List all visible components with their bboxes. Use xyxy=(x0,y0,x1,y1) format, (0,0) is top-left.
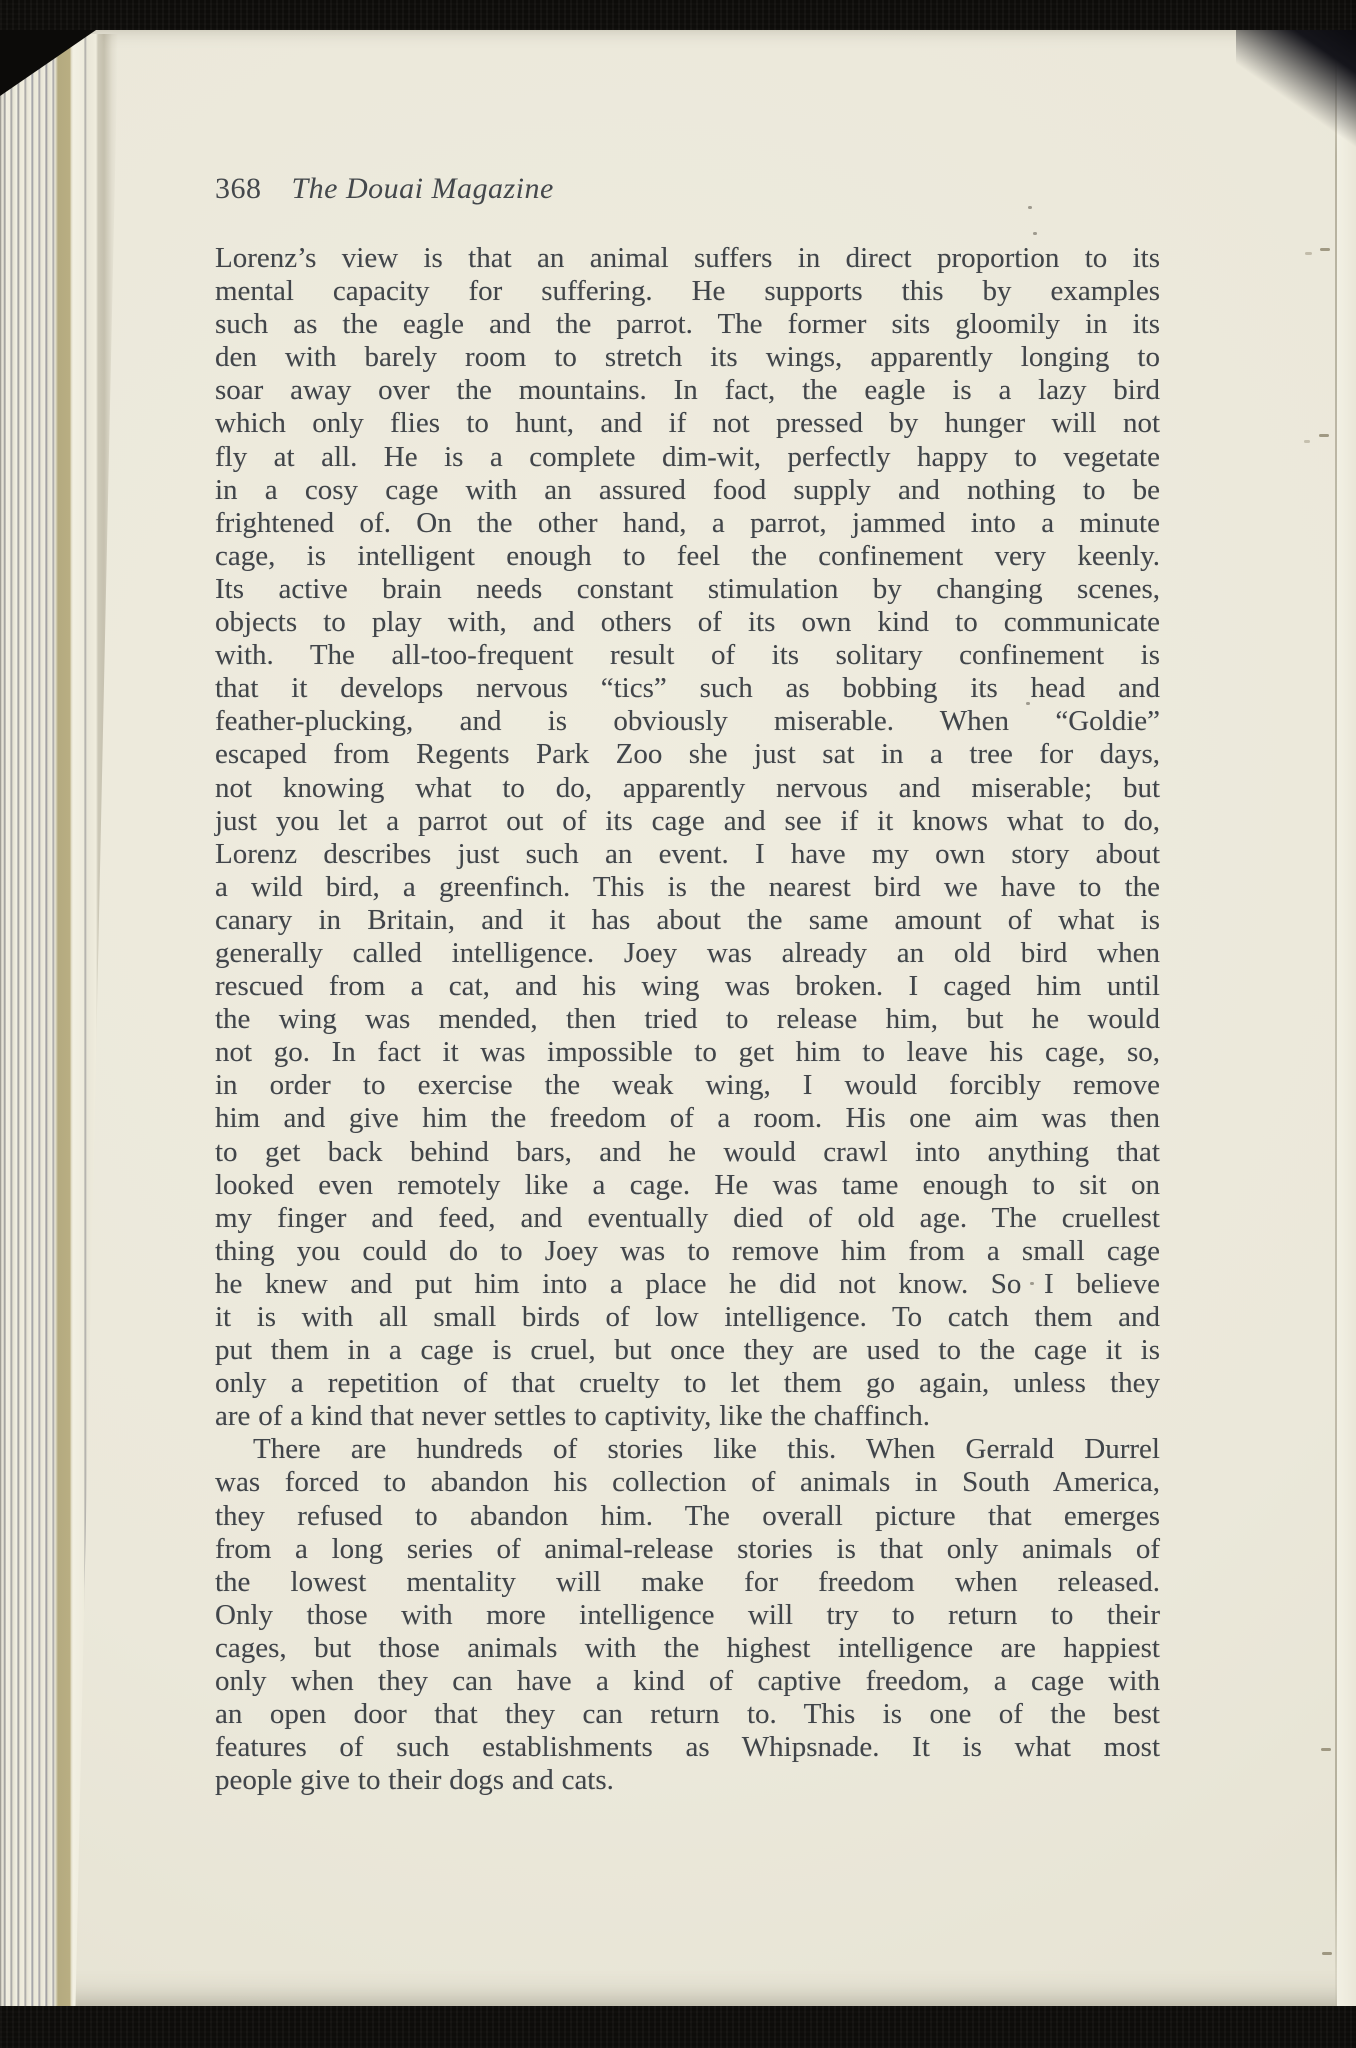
text-line: only when they can have a kind of captiv… xyxy=(215,1665,1160,1698)
text-line: in order to exercise the weak wing, I wo… xyxy=(215,1069,1160,1102)
text-line: such as the eagle and the parrot. The fo… xyxy=(215,308,1160,341)
text-line: thing you could do to Joey was to remove… xyxy=(215,1235,1160,1268)
book-scan: 368The Douai Magazine Lorenz’s view is t… xyxy=(0,0,1356,2048)
text-line: an open door that they can return to. Th… xyxy=(215,1698,1160,1731)
book-page: 368The Douai Magazine Lorenz’s view is t… xyxy=(0,30,1356,2006)
text-line: den with barely room to stretch its wing… xyxy=(215,341,1160,374)
stitch-mark xyxy=(1320,248,1330,251)
text-line: he knew and put him into a place he did … xyxy=(215,1268,1160,1301)
text-line: only a repetition of that cruelty to let… xyxy=(215,1367,1160,1400)
text-line: with. The all-too-frequent result of its… xyxy=(215,639,1160,672)
page-text: Lorenz’s view is that an animal suffers … xyxy=(215,242,1160,1797)
text-line: was forced to abandon his collection of … xyxy=(215,1466,1160,1499)
text-line: cages, but those animals with the highes… xyxy=(215,1632,1160,1665)
text-line: people give to their dogs and cats. xyxy=(215,1764,1160,1797)
text-line: my finger and feed, and eventually died … xyxy=(215,1202,1160,1235)
text-line: rescued from a cat, and his wing was bro… xyxy=(215,970,1160,1003)
text-line: features of such establishments as Whips… xyxy=(215,1731,1160,1764)
text-line: Lorenz describes just such an event. I h… xyxy=(215,838,1160,871)
text-line: There are hundreds of stories like this.… xyxy=(215,1433,1160,1466)
fold-highlight xyxy=(1337,36,1356,2006)
text-line: put them in a cage is cruel, but once th… xyxy=(215,1334,1160,1367)
stitch-mark xyxy=(1321,1748,1331,1751)
text-line: just you let a parrot out of its cage an… xyxy=(215,805,1160,838)
text-line: canary in Britain, and it has about the … xyxy=(215,904,1160,937)
cover-cloth-top xyxy=(0,0,1356,30)
text-line: fly at all. He is a complete dim-wit, pe… xyxy=(215,441,1160,474)
page-edges xyxy=(0,34,118,2006)
dust-speck xyxy=(1033,232,1037,235)
text-line: from a long series of animal-release sto… xyxy=(215,1533,1160,1566)
page-header: 368The Douai Magazine xyxy=(215,172,554,206)
text-line: soar away over the mountains. In fact, t… xyxy=(215,374,1160,407)
text-line: Only those with more intelligence will t… xyxy=(215,1599,1160,1632)
text-line: it is with all small birds of low intell… xyxy=(215,1301,1160,1334)
text-line: are of a kind that never settles to capt… xyxy=(215,1400,1160,1433)
text-line: the lowest mentality will make for freed… xyxy=(215,1566,1160,1599)
text-line: not go. In fact it was impossible to get… xyxy=(215,1036,1160,1069)
page-number: 368 xyxy=(215,172,262,205)
text-line: frightened of. On the other hand, a parr… xyxy=(215,507,1160,540)
text-line: cage, is intelligent enough to feel the … xyxy=(215,540,1160,573)
cover-cloth-bottom xyxy=(0,2006,1356,2048)
text-line: feather-plucking, and is obviously miser… xyxy=(215,705,1160,738)
text-line: in a cosy cage with an assured food supp… xyxy=(215,474,1160,507)
stitch-mark xyxy=(1305,252,1312,255)
page-corner-shadow xyxy=(1236,30,1356,160)
running-title: The Douai Magazine xyxy=(292,172,554,205)
text-line: to get back behind bars, and he would cr… xyxy=(215,1136,1160,1169)
text-line: mental capacity for suffering. He suppor… xyxy=(215,275,1160,308)
text-line: the wing was mended, then tried to relea… xyxy=(215,1003,1160,1036)
text-line: not knowing what to do, apparently nervo… xyxy=(215,772,1160,805)
text-line: Lorenz’s view is that an animal suffers … xyxy=(215,242,1160,275)
dust-speck xyxy=(1028,206,1032,209)
stitch-mark xyxy=(1322,1952,1332,1955)
text-line: looked even remotely like a cage. He was… xyxy=(215,1169,1160,1202)
text-line: escaped from Regents Park Zoo she just s… xyxy=(215,738,1160,771)
gutter-crease xyxy=(1335,38,1337,2006)
text-line: which only flies to hunt, and if not pre… xyxy=(215,407,1160,440)
text-line: a wild bird, a greenfinch. This is the n… xyxy=(215,871,1160,904)
stitch-mark xyxy=(1319,434,1329,437)
text-line: generally called intelligence. Joey was … xyxy=(215,937,1160,970)
stitch-mark xyxy=(1304,440,1310,443)
text-line: that it develops nervous “tics” such as … xyxy=(215,672,1160,705)
text-line: objects to play with, and others of its … xyxy=(215,606,1160,639)
text-line: Its active brain needs constant stimulat… xyxy=(215,573,1160,606)
text-line: him and give him the freedom of a room. … xyxy=(215,1102,1160,1135)
text-line: they refused to abandon him. The overall… xyxy=(215,1500,1160,1533)
